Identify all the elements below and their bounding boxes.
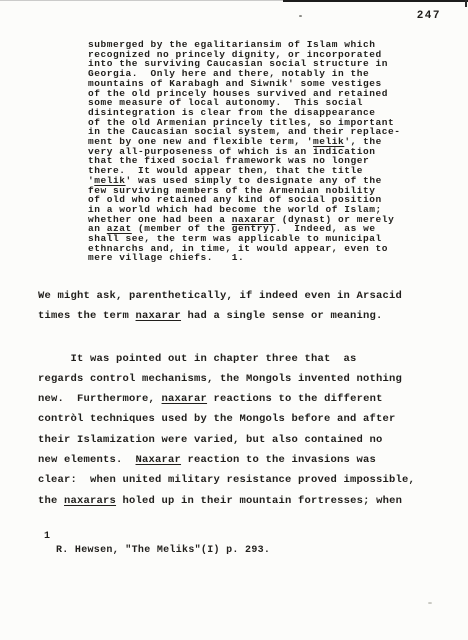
scan-speck	[299, 15, 302, 17]
text-line: clear: when united military resistance p…	[38, 470, 448, 490]
paragraph-parenthetical-question: We might ask, parenthetically, if indeed…	[38, 286, 448, 327]
text-line: new elements. Naxarar reaction to the in…	[38, 450, 448, 470]
footnote-marker: 1	[44, 530, 270, 544]
footnote-citation: R. Hewsen, "The Meliks"(I) p. 293.	[56, 544, 270, 558]
body-text: We might ask, parenthetically, if indeed…	[38, 286, 448, 511]
page-number: 247	[417, 10, 441, 22]
text-line: new. Furthermore, naxarar reactions to t…	[38, 389, 448, 409]
text-line: times the term naxarar had a single sens…	[38, 306, 448, 326]
text-line: contròl techniques used by the Mongols b…	[38, 409, 448, 429]
block-quotation: submerged by the egalitariansim of Islam…	[88, 40, 422, 263]
scan-corner-artifact	[465, 0, 467, 7]
text-line: mere village chiefs. 1.	[88, 253, 422, 263]
scan-speck	[428, 602, 432, 604]
scan-edge-artifact	[283, 0, 468, 2]
scanned-document-page: 247 submerged by the egalitariansim of I…	[0, 0, 468, 640]
text-line: We might ask, parenthetically, if indeed…	[38, 286, 448, 306]
text-line: regards control mechanisms, the Mongols …	[38, 369, 448, 389]
text-line: their Islamization were varied, but also…	[38, 430, 448, 450]
paragraph-mongol-control: It was pointed out in chapter three that…	[38, 349, 448, 511]
text-line: the naxarars holed up in their mountain …	[38, 491, 448, 511]
text-line: It was pointed out in chapter three that…	[38, 349, 448, 369]
footnote: 1 R. Hewsen, "The Meliks"(I) p. 293.	[44, 530, 270, 557]
